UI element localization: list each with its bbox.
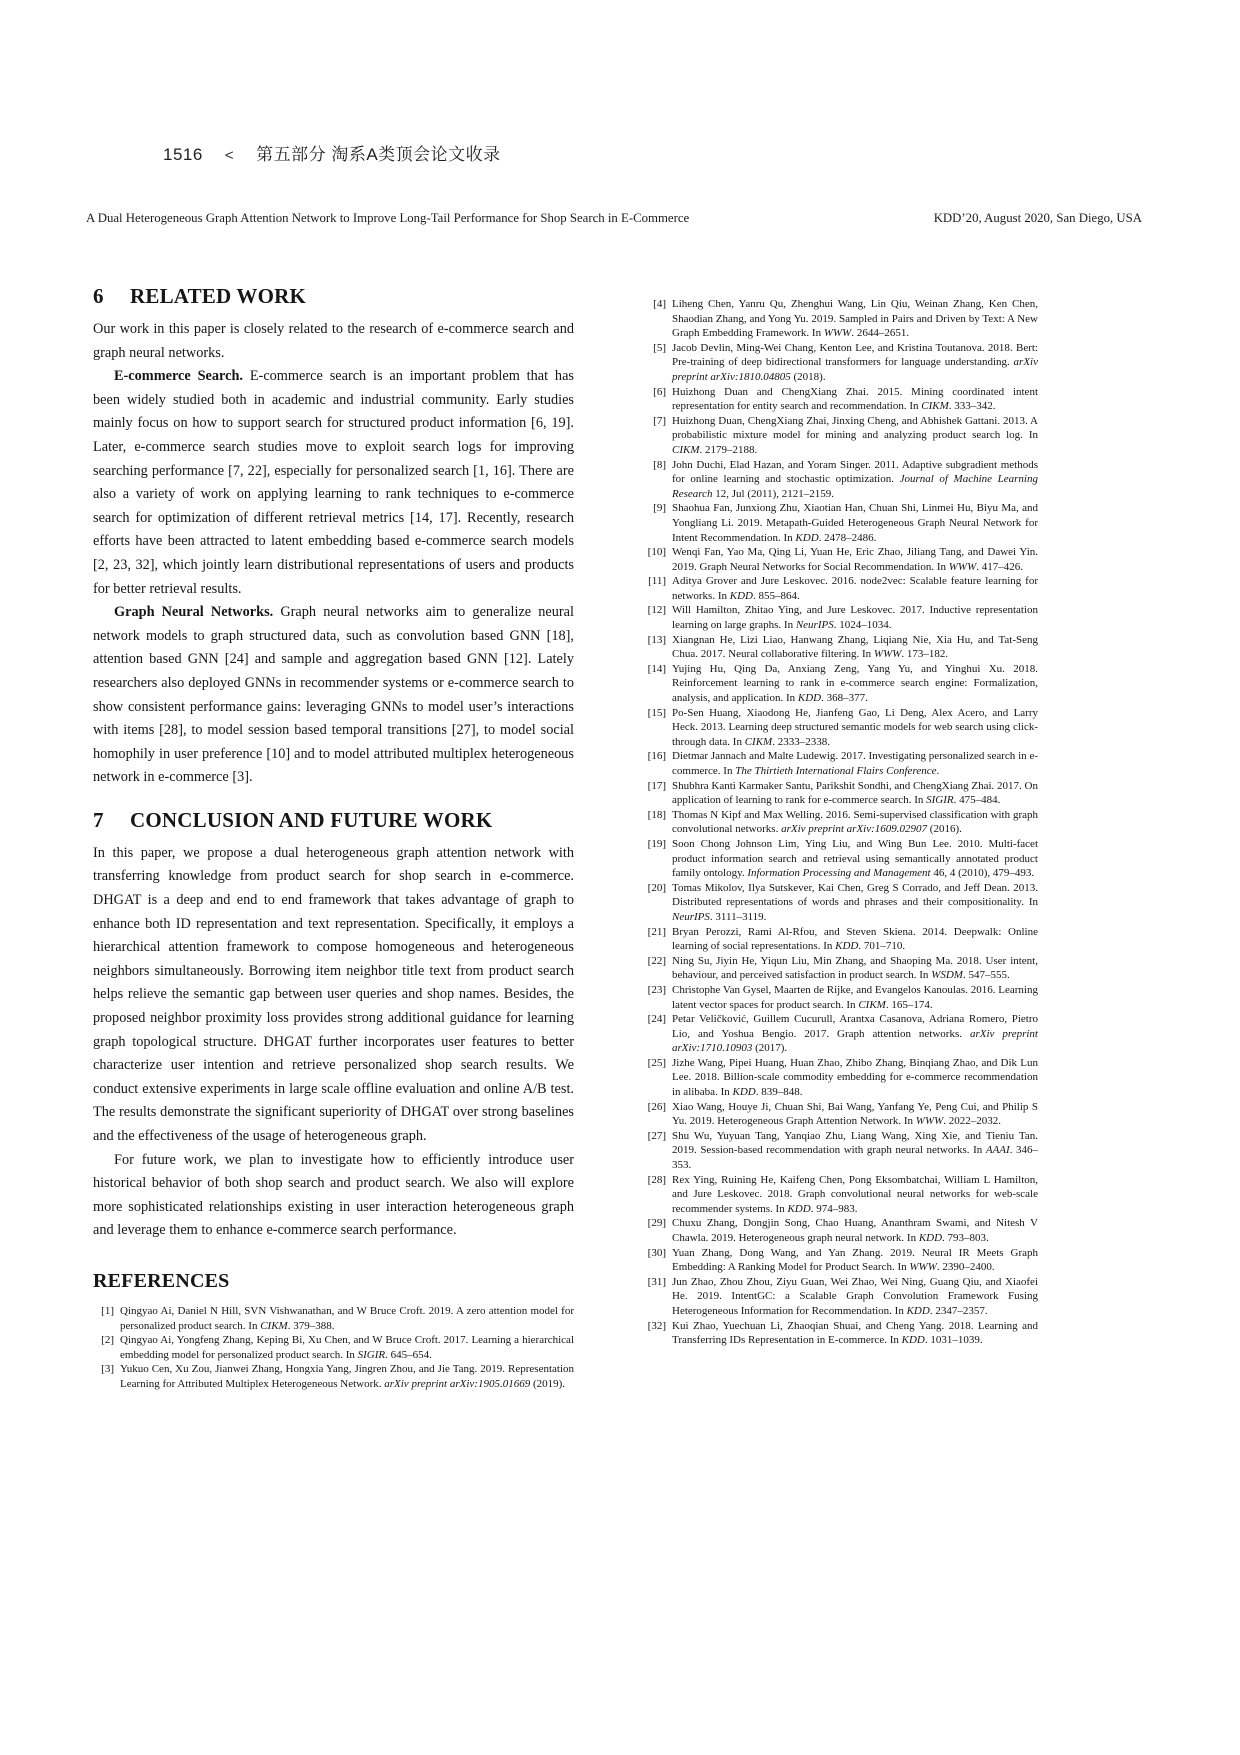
reference-item: [27]Shu Wu, Yuyuan Tang, Yanqiao Zhu, Li… (645, 1129, 1038, 1173)
section-7-body: In this paper, we propose a dual heterog… (93, 842, 574, 1243)
reference-text: Shaohua Fan, Junxiong Zhu, Xiaotian Han,… (672, 501, 1038, 545)
reference-text: Xiangnan He, Lizi Liao, Hanwang Zhang, L… (672, 633, 1038, 662)
text-run: . 368–377. (821, 692, 868, 704)
reference-item: [4]Liheng Chen, Yanru Qu, Zhenghui Wang,… (645, 297, 1038, 341)
italic-text: KDD (919, 1232, 942, 1244)
reference-item: [20]Tomas Mikolov, Ilya Sutskever, Kai C… (645, 881, 1038, 925)
references-list-right: [4]Liheng Chen, Yanru Qu, Zhenghui Wang,… (645, 297, 1038, 1348)
text-run: . 165–174. (886, 999, 933, 1011)
text-run: For future work, we plan to investigate … (93, 1152, 574, 1239)
run-in-heading: E-commerce Search. (114, 368, 243, 384)
section-6-heading: 6RELATED WORK (93, 283, 574, 309)
text-run: . 379–388. (288, 1320, 335, 1332)
text-run: . 839–848. (756, 1086, 803, 1098)
reference-text: Wenqi Fan, Yao Ma, Qing Li, Yuan He, Eri… (672, 545, 1038, 574)
reference-label: [27] (645, 1129, 672, 1144)
reference-text: Huizhong Duan, ChengXiang Zhai, Jinxing … (672, 414, 1038, 458)
italic-text: SIGIR (926, 794, 954, 806)
text-run: Shu Wu, Yuyuan Tang, Yanqiao Zhu, Liang … (672, 1130, 1038, 1157)
reference-label: [25] (645, 1056, 672, 1071)
reference-label: [1] (93, 1304, 120, 1319)
reference-text: Petar Veličković, Guillem Cucurull, Aran… (672, 1012, 1038, 1056)
paragraph: Our work in this paper is closely relate… (93, 318, 574, 365)
reference-text: Kui Zhao, Yuechuan Li, Zhaoqian Shuai, a… (672, 1319, 1038, 1348)
text-run: . 855–864. (753, 590, 800, 602)
italic-text: AAAI (986, 1144, 1010, 1156)
reference-text: Xiao Wang, Houye Ji, Chuan Shi, Bai Wang… (672, 1100, 1038, 1129)
italic-text: CIKM (672, 444, 700, 456)
reference-label: [10] (645, 545, 672, 560)
italic-text: CIKM (260, 1320, 288, 1332)
reference-label: [24] (645, 1012, 672, 1027)
text-run: Tomas Mikolov, Ilya Sutskever, Kai Chen,… (672, 882, 1038, 909)
text-run: . 1031–1039. (925, 1334, 983, 1346)
reference-label: [30] (645, 1246, 672, 1261)
text-run: . 333–342. (949, 400, 996, 412)
reference-text: Soon Chong Johnson Lim, Ying Liu, and Wi… (672, 837, 1038, 881)
text-run: . 974–983. (811, 1203, 858, 1215)
reference-item: [12]Will Hamilton, Zhitao Ying, and Jure… (645, 603, 1038, 632)
reference-text: Qingyao Ai, Yongfeng Zhang, Keping Bi, X… (120, 1333, 574, 1362)
italic-text: KDD (902, 1334, 925, 1346)
reference-item: [8]John Duchi, Elad Hazan, and Yoram Sin… (645, 458, 1038, 502)
reference-label: [2] (93, 1333, 120, 1348)
reference-label: [22] (645, 954, 672, 969)
paragraph: E-commerce Search. E-commerce search is … (93, 365, 574, 601)
reference-label: [14] (645, 662, 672, 677)
text-run: Christophe Van Gysel, Maarten de Rijke, … (672, 984, 1038, 1011)
italic-text: SIGIR (358, 1349, 386, 1361)
reference-item: [28]Rex Ying, Ruining He, Kaifeng Chen, … (645, 1173, 1038, 1217)
reference-text: Dietmar Jannach and Malte Ludewig. 2017.… (672, 749, 1038, 778)
reference-label: [26] (645, 1100, 672, 1115)
section-6-number: 6 (93, 283, 130, 309)
reference-item: [16]Dietmar Jannach and Malte Ludewig. 2… (645, 749, 1038, 778)
reference-label: [28] (645, 1173, 672, 1188)
reference-label: [12] (645, 603, 672, 618)
reference-label: [5] (645, 341, 672, 356)
section-7-heading: 7CONCLUSION AND FUTURE WORK (93, 807, 574, 833)
reference-label: [19] (645, 837, 672, 852)
italic-text: NeurIPS (672, 911, 710, 923)
paragraph: Graph Neural Networks. Graph neural netw… (93, 601, 574, 790)
italic-text: WWW (874, 648, 902, 660)
text-run: Qingyao Ai, Yongfeng Zhang, Keping Bi, X… (120, 1334, 574, 1361)
text-run: Jizhe Wang, Pipei Huang, Huan Zhao, Zhib… (672, 1057, 1038, 1098)
text-run: . 645–654. (385, 1349, 432, 1361)
text-run: . (936, 765, 939, 777)
right-column: [4]Liheng Chen, Yanru Qu, Zhenghui Wang,… (645, 297, 1038, 1348)
italic-text: WSDM (931, 969, 963, 981)
paragraph: In this paper, we propose a dual heterog… (93, 842, 574, 1149)
reference-item: [17]Shubhra Kanti Karmaker Santu, Pariks… (645, 779, 1038, 808)
text-run: . 417–426. (976, 561, 1023, 573)
running-head-title: A Dual Heterogeneous Graph Attention Net… (86, 211, 689, 226)
reference-label: [4] (645, 297, 672, 312)
italic-text: KDD (795, 532, 818, 544)
italic-text: arXiv preprint arXiv:1905.01669 (384, 1378, 530, 1390)
references-list-left: [1]Qingyao Ai, Daniel N Hill, SVN Vishwa… (93, 1304, 574, 1392)
italic-text: The Thirtieth International Flairs Confe… (735, 765, 936, 777)
reference-item: [24]Petar Veličković, Guillem Cucurull, … (645, 1012, 1038, 1056)
reference-item: [29]Chuxu Zhang, Dongjin Song, Chao Huan… (645, 1216, 1038, 1245)
text-run: . 2347–2357. (930, 1305, 988, 1317)
text-run: Jacob Devlin, Ming-Wei Chang, Kenton Lee… (672, 342, 1038, 369)
running-head-venue: KDD’20, August 2020, San Diego, USA (934, 211, 1142, 226)
reference-label: [11] (645, 574, 672, 589)
text-run: . 2179–2188. (700, 444, 758, 456)
reference-text: Jacob Devlin, Ming-Wei Chang, Kenton Lee… (672, 341, 1038, 385)
italic-text: arXiv preprint arXiv:1609.02907 (781, 823, 927, 835)
reference-text: Bryan Perozzi, Rami Al-Rfou, and Steven … (672, 925, 1038, 954)
text-run: Xiangnan He, Lizi Liao, Hanwang Zhang, L… (672, 634, 1038, 661)
reference-label: [13] (645, 633, 672, 648)
text-run: Kui Zhao, Yuechuan Li, Zhaoqian Shuai, a… (672, 1320, 1038, 1347)
italic-text: CIKM (745, 736, 773, 748)
text-run: In this paper, we propose a dual heterog… (93, 845, 574, 1144)
text-run: Huizhong Duan, ChengXiang Zhai, Jinxing … (672, 415, 1038, 442)
text-run: . 793–803. (942, 1232, 989, 1244)
section-6-title: RELATED WORK (130, 284, 306, 308)
reference-text: Shu Wu, Yuyuan Tang, Yanqiao Zhu, Liang … (672, 1129, 1038, 1173)
italic-text: KDD (732, 1086, 755, 1098)
reference-item: [21]Bryan Perozzi, Rami Al-Rfou, and Ste… (645, 925, 1038, 954)
italic-text: WWW (909, 1261, 937, 1273)
italic-text: Information Processing and Management (747, 867, 930, 879)
text-run: . 2478–2486. (819, 532, 877, 544)
text-run: . 3111–3119. (710, 911, 767, 923)
reference-item: [23]Christophe Van Gysel, Maarten de Rij… (645, 983, 1038, 1012)
reference-text: Thomas N Kipf and Max Welling. 2016. Sem… (672, 808, 1038, 837)
italic-text: NeurIPS (796, 619, 834, 631)
reference-label: [6] (645, 385, 672, 400)
running-head: A Dual Heterogeneous Graph Attention Net… (86, 211, 1142, 226)
paper-page: 1516 < 第五部分 淘系A类顶会论文收录 A Dual Heterogene… (0, 0, 1240, 1755)
left-column: 6RELATED WORK Our work in this paper is … (93, 283, 574, 1392)
text-run: (2018). (791, 371, 826, 383)
reference-text: Huizhong Duan and ChengXiang Zhai. 2015.… (672, 385, 1038, 414)
reference-item: [1]Qingyao Ai, Daniel N Hill, SVN Vishwa… (93, 1304, 574, 1333)
reference-label: [16] (645, 749, 672, 764)
reference-item: [9]Shaohua Fan, Junxiong Zhu, Xiaotian H… (645, 501, 1038, 545)
reference-item: [19]Soon Chong Johnson Lim, Ying Liu, an… (645, 837, 1038, 881)
reference-label: [9] (645, 501, 672, 516)
reference-item: [22]Ning Su, Jiyin He, Yiqun Liu, Min Zh… (645, 954, 1038, 983)
reference-item: [7]Huizhong Duan, ChengXiang Zhai, Jinxi… (645, 414, 1038, 458)
section-7-title: CONCLUSION AND FUTURE WORK (130, 808, 492, 832)
text-run: (2016). (927, 823, 962, 835)
reference-text: Tomas Mikolov, Ilya Sutskever, Kai Chen,… (672, 881, 1038, 925)
reference-text: Qingyao Ai, Daniel N Hill, SVN Vishwanat… (120, 1304, 574, 1333)
italic-text: WWW (949, 561, 977, 573)
text-run: E-commerce search is an important proble… (93, 368, 574, 596)
text-run: 12, Jul (2011), 2121–2159. (713, 488, 835, 500)
header-separator: < (225, 147, 234, 164)
reference-label: [8] (645, 458, 672, 473)
reference-item: [3]Yukuo Cen, Xu Zou, Jianwei Zhang, Hon… (93, 1362, 574, 1391)
page-number: 1516 (163, 145, 203, 165)
reference-item: [5]Jacob Devlin, Ming-Wei Chang, Kenton … (645, 341, 1038, 385)
reference-text: John Duchi, Elad Hazan, and Yoram Singer… (672, 458, 1038, 502)
text-run: Po-Sen Huang, Xiaodong He, Jianfeng Gao,… (672, 707, 1038, 748)
reference-label: [29] (645, 1216, 672, 1231)
text-run: Aditya Grover and Jure Leskovec. 2016. n… (672, 575, 1038, 602)
italic-text: KDD (787, 1203, 810, 1215)
text-run: Graph neural networks aim to generalize … (93, 604, 574, 785)
reference-label: [17] (645, 779, 672, 794)
reference-label: [15] (645, 706, 672, 721)
text-run: . 2333–2338. (772, 736, 830, 748)
italic-text: WWW (916, 1115, 944, 1127)
section-6-body: Our work in this paper is closely relate… (93, 318, 574, 790)
text-run: Our work in this paper is closely relate… (93, 321, 574, 361)
reference-text: Yukuo Cen, Xu Zou, Jianwei Zhang, Hongxi… (120, 1362, 574, 1391)
text-run: Qingyao Ai, Daniel N Hill, SVN Vishwanat… (120, 1305, 574, 1332)
italic-text: KDD (730, 590, 753, 602)
reference-text: Jizhe Wang, Pipei Huang, Huan Zhao, Zhib… (672, 1056, 1038, 1100)
reference-text: Ning Su, Jiyin He, Yiqun Liu, Min Zhang,… (672, 954, 1038, 983)
reference-label: [31] (645, 1275, 672, 1290)
reference-label: [18] (645, 808, 672, 823)
reference-item: [18]Thomas N Kipf and Max Welling. 2016.… (645, 808, 1038, 837)
references-heading: REFERENCES (93, 1269, 574, 1294)
reference-item: [30]Yuan Zhang, Dong Wang, and Yan Zhang… (645, 1246, 1038, 1275)
text-run: . 173–182. (901, 648, 948, 660)
reference-item: [11]Aditya Grover and Jure Leskovec. 201… (645, 574, 1038, 603)
reference-label: [20] (645, 881, 672, 896)
text-run: . 701–710. (858, 940, 905, 952)
reference-text: Shubhra Kanti Karmaker Santu, Parikshit … (672, 779, 1038, 808)
book-page-header: 1516 < 第五部分 淘系A类顶会论文收录 (163, 140, 501, 165)
reference-item: [31]Jun Zhao, Zhou Zhou, Ziyu Guan, Wei … (645, 1275, 1038, 1319)
reference-label: [21] (645, 925, 672, 940)
section-7-number: 7 (93, 807, 130, 833)
reference-label: [23] (645, 983, 672, 998)
text-run: . 2390–2400. (937, 1261, 995, 1273)
italic-text: KDD (907, 1305, 930, 1317)
reference-item: [13]Xiangnan He, Lizi Liao, Hanwang Zhan… (645, 633, 1038, 662)
reference-text: Will Hamilton, Zhitao Ying, and Jure Les… (672, 603, 1038, 632)
reference-item: [6]Huizhong Duan and ChengXiang Zhai. 20… (645, 385, 1038, 414)
text-run: . 2022–2032. (943, 1115, 1001, 1127)
reference-item: [15]Po-Sen Huang, Xiaodong He, Jianfeng … (645, 706, 1038, 750)
reference-item: [10]Wenqi Fan, Yao Ma, Qing Li, Yuan He,… (645, 545, 1038, 574)
reference-text: Christophe Van Gysel, Maarten de Rijke, … (672, 983, 1038, 1012)
italic-text: KDD (798, 692, 821, 704)
italic-text: CIKM (921, 400, 949, 412)
reference-item: [25]Jizhe Wang, Pipei Huang, Huan Zhao, … (645, 1056, 1038, 1100)
run-in-heading: Graph Neural Networks. (114, 604, 273, 620)
paragraph: For future work, we plan to investigate … (93, 1149, 574, 1243)
book-section-title: 第五部分 淘系A类顶会论文收录 (256, 140, 501, 165)
italic-text: KDD (835, 940, 858, 952)
text-run: . 1024–1034. (834, 619, 892, 631)
italic-text: CIKM (858, 999, 886, 1011)
reference-text: Yujing Hu, Qing Da, Anxiang Zeng, Yang Y… (672, 662, 1038, 706)
text-run: . 2644–2651. (851, 327, 909, 339)
reference-text: Liheng Chen, Yanru Qu, Zhenghui Wang, Li… (672, 297, 1038, 341)
reference-item: [32]Kui Zhao, Yuechuan Li, Zhaoqian Shua… (645, 1319, 1038, 1348)
reference-label: [3] (93, 1362, 120, 1377)
text-run: (2019). (530, 1378, 565, 1390)
reference-text: Aditya Grover and Jure Leskovec. 2016. n… (672, 574, 1038, 603)
reference-text: Rex Ying, Ruining He, Kaifeng Chen, Pong… (672, 1173, 1038, 1217)
reference-label: [7] (645, 414, 672, 429)
reference-text: Po-Sen Huang, Xiaodong He, Jianfeng Gao,… (672, 706, 1038, 750)
text-run: 46, 4 (2010), 479–493. (931, 867, 1035, 879)
reference-text: Yuan Zhang, Dong Wang, and Yan Zhang. 20… (672, 1246, 1038, 1275)
reference-item: [26]Xiao Wang, Houye Ji, Chuan Shi, Bai … (645, 1100, 1038, 1129)
text-run: (2017). (752, 1042, 787, 1054)
reference-label: [32] (645, 1319, 672, 1334)
reference-text: Chuxu Zhang, Dongjin Song, Chao Huang, A… (672, 1216, 1038, 1245)
reference-item: [14]Yujing Hu, Qing Da, Anxiang Zeng, Ya… (645, 662, 1038, 706)
italic-text: WWW (824, 327, 852, 339)
text-run: . 547–555. (963, 969, 1010, 981)
text-run: . 475–484. (954, 794, 1001, 806)
reference-text: Jun Zhao, Zhou Zhou, Ziyu Guan, Wei Zhao… (672, 1275, 1038, 1319)
reference-item: [2]Qingyao Ai, Yongfeng Zhang, Keping Bi… (93, 1333, 574, 1362)
